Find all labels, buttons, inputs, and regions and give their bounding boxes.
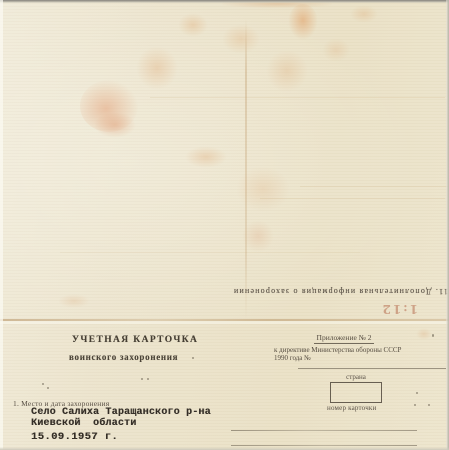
burial-place-line2: Киевской области	[31, 418, 136, 429]
country-label: страна	[330, 373, 382, 381]
back-field-11-label: 11. Дополнительная информация о захороне…	[230, 284, 448, 296]
scan-streak	[60, 252, 360, 253]
stain	[288, 4, 318, 40]
stain	[136, 46, 178, 90]
stain	[222, 24, 260, 54]
blank-rule-line	[231, 430, 417, 431]
scan-edge-left	[0, 0, 3, 450]
speck	[432, 334, 434, 337]
stain	[58, 294, 90, 308]
vertical-fold-crease	[245, 18, 247, 320]
stain	[350, 5, 378, 23]
stain	[185, 146, 227, 168]
faint-stamp-mark: 1:12	[384, 300, 418, 316]
speck	[416, 392, 418, 394]
stain	[322, 38, 350, 62]
scanned-burial-card: 11. Дополнительная информация о захороне…	[0, 0, 449, 450]
speck	[141, 378, 143, 380]
card-subtitle: воинского захоронения	[69, 352, 178, 362]
annex-heading: Приложение № 2	[276, 333, 412, 344]
stain	[178, 13, 208, 37]
header-rule	[298, 368, 446, 369]
speck	[47, 387, 49, 389]
fold-highlight	[0, 321, 449, 324]
scan-streak	[300, 186, 449, 187]
speck	[428, 404, 430, 406]
blank-rule-line	[231, 445, 417, 446]
stain	[266, 50, 308, 92]
speck	[147, 378, 149, 380]
scan-edge-top	[0, 0, 449, 3]
card-number-label: номер карточки	[327, 404, 376, 412]
card-title: УЧЕТНАЯ КАРТОЧКА	[72, 335, 198, 345]
scan-streak	[260, 198, 445, 199]
annex-line3: 1990 года №	[274, 354, 311, 362]
card-number-box	[330, 382, 382, 403]
annex-line2: к директиве Министерства обороны СССР	[274, 346, 401, 354]
stain	[416, 328, 432, 340]
speck	[414, 404, 416, 406]
scan-streak	[150, 97, 445, 98]
speck	[42, 383, 44, 385]
stain	[94, 112, 136, 138]
burial-place-line1: Село Салиха Таращанского р-на	[31, 407, 211, 418]
burial-date: 15.09.1957 г.	[31, 432, 118, 443]
annex-line1: Приложение № 2	[314, 333, 375, 344]
speck	[192, 357, 194, 359]
